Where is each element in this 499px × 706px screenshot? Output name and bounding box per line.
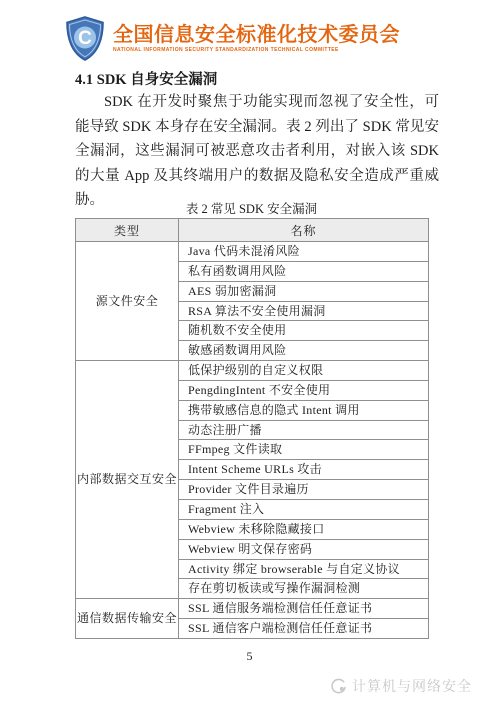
watermark-text: 计算机与网络安全: [352, 676, 472, 696]
vuln-name-cell: 动态注册广播: [179, 420, 429, 440]
page-number: 5: [0, 649, 499, 664]
vuln-name-cell: Webview 明文保存密码: [179, 539, 429, 559]
org-name-cn: 全国信息安全标准化技术委员会: [113, 25, 400, 45]
vuln-name-cell: PengdingIntent 不安全使用: [179, 380, 429, 400]
vuln-name-cell: Activity 绑定 browserable 与自定义协议: [179, 559, 429, 579]
vuln-name-cell: Java 代码未混淆风险: [179, 242, 429, 262]
committee-logo: C 全国信息安全标准化技术委员会 NATIONAL INFORMATION SE…: [64, 16, 400, 61]
column-header-name: 名称: [179, 219, 429, 242]
vuln-name-cell: 低保护级别的自定义权限: [179, 361, 429, 381]
section-heading: 4.1 SDK 自身安全漏洞: [75, 68, 217, 89]
table-row: 通信数据传输安全SSL 通信服务端检测信任任意证书: [76, 599, 429, 619]
vuln-name-cell: RSA 算法不安全使用漏洞: [179, 301, 429, 321]
table-caption: 表 2 常见 SDK 安全漏洞: [75, 199, 428, 217]
vuln-name-cell: SSL 通信服务端检测信任任意证书: [179, 599, 429, 619]
body-paragraph: SDK 在开发时聚焦于功能实现而忽视了安全性，可能导致 SDK 本身存在安全漏洞…: [75, 90, 439, 213]
watermark: 计算机与网络安全: [330, 676, 472, 696]
vuln-name-cell: Fragment 注入: [179, 499, 429, 519]
vuln-table-body: 源文件安全Java 代码未混淆风险私有函数调用风险AES 弱加密漏洞RSA 算法…: [76, 242, 429, 639]
watermark-logo-icon: [330, 678, 347, 695]
vulnerability-table: 类型 名称 源文件安全Java 代码未混淆风险私有函数调用风险AES 弱加密漏洞…: [75, 218, 429, 639]
svg-text:C: C: [78, 28, 92, 49]
table-row: 内部数据交互安全低保护级别的自定义权限: [76, 361, 429, 381]
column-header-type: 类型: [76, 219, 179, 242]
vuln-type-cell: 内部数据交互安全: [76, 361, 179, 599]
logo-text-block: 全国信息安全标准化技术委员会 NATIONAL INFORMATION SECU…: [113, 25, 400, 53]
shield-logo-icon: C: [64, 16, 106, 61]
vuln-type-cell: 源文件安全: [76, 242, 179, 361]
vuln-name-cell: 敏感函数调用风险: [179, 341, 429, 361]
vuln-name-cell: 存在剪切板读或写操作漏洞检测: [179, 579, 429, 599]
table-header-row: 类型 名称: [76, 219, 429, 242]
vuln-name-cell: Webview 未移除隐藏接口: [179, 519, 429, 539]
vuln-name-cell: Intent Scheme URLs 攻击: [179, 460, 429, 480]
vuln-name-cell: FFmpeg 文件读取: [179, 440, 429, 460]
vuln-name-cell: 私有函数调用风险: [179, 261, 429, 281]
document-page: C 全国信息安全标准化技术委员会 NATIONAL INFORMATION SE…: [0, 0, 499, 706]
vuln-name-cell: Provider 文件目录遍历: [179, 480, 429, 500]
vuln-name-cell: AES 弱加密漏洞: [179, 281, 429, 301]
table-row: 源文件安全Java 代码未混淆风险: [76, 242, 429, 262]
org-name-en: NATIONAL INFORMATION SECURITY STANDARDIZ…: [113, 48, 400, 53]
vuln-type-cell: 通信数据传输安全: [76, 599, 179, 639]
vuln-name-cell: 随机数不安全使用: [179, 321, 429, 341]
vuln-name-cell: SSL 通信客户端检测信任任意证书: [179, 619, 429, 639]
vuln-name-cell: 携带敏感信息的隐式 Intent 调用: [179, 400, 429, 420]
